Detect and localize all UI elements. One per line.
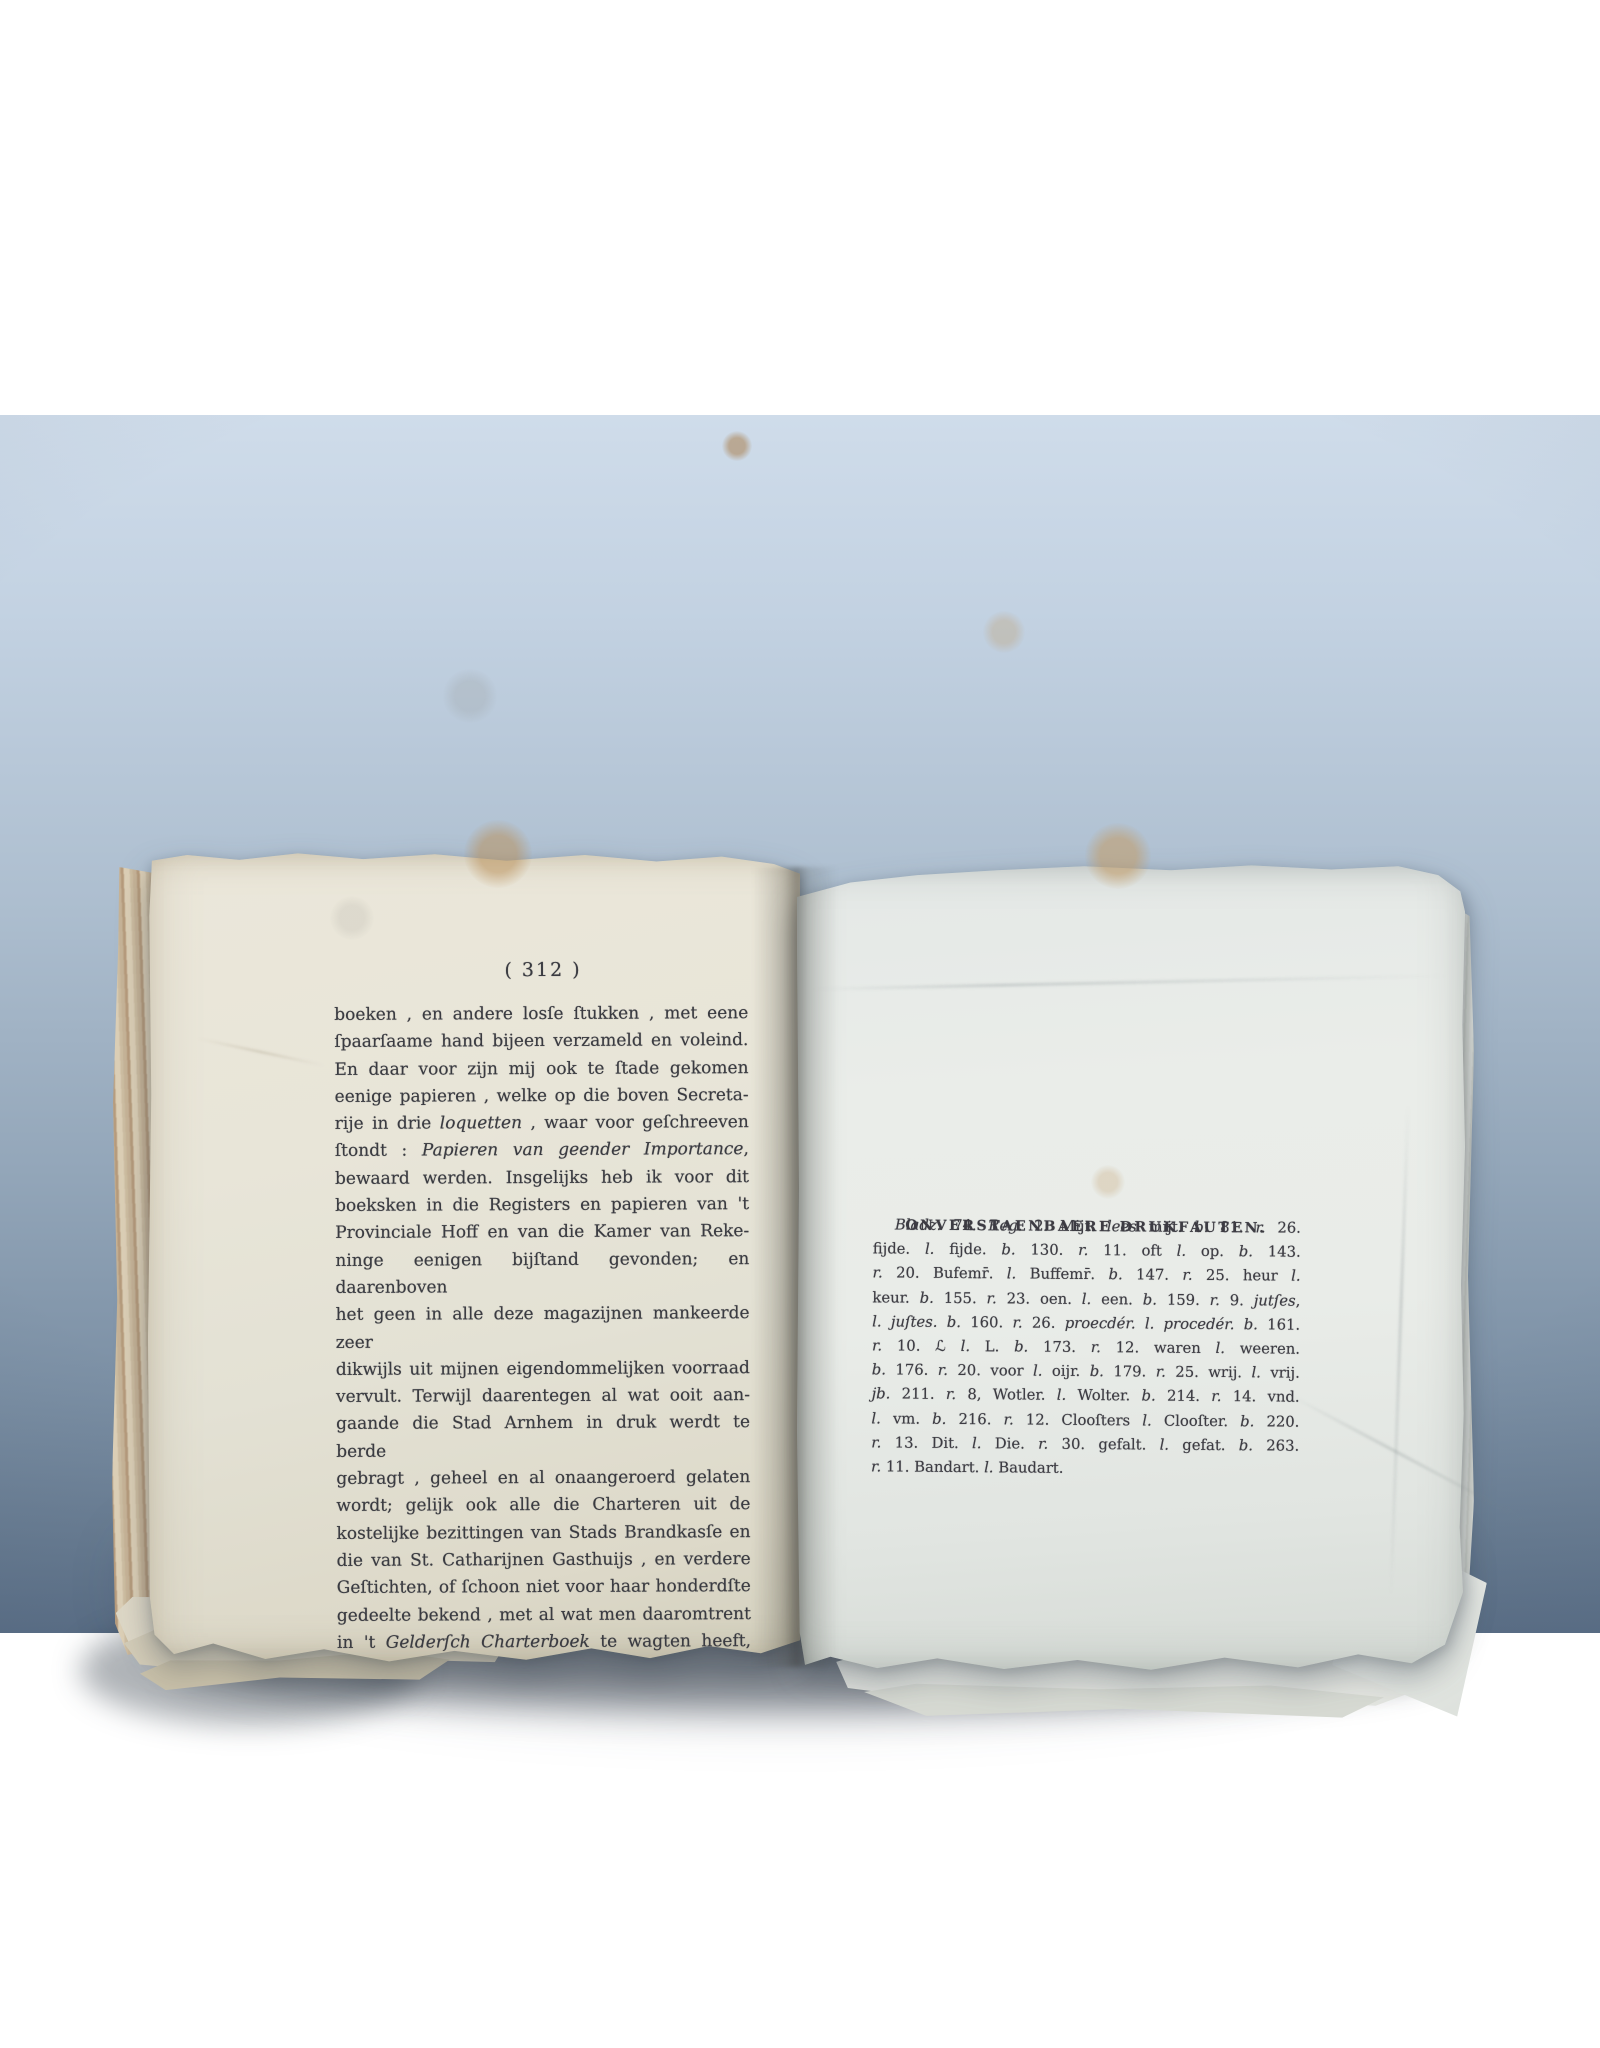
text-line: keur. b. 155. r. 23. oen. l. een. b. 159… [872, 1286, 1300, 1314]
section-rule-thin [500, 1748, 642, 1754]
text-line: haar geheel, en aan geen eenig lid vermi… [337, 1710, 751, 1739]
text-line: r. 11. Bandart. l. Baudart. [871, 1455, 1299, 1483]
text-line: gedeelte bekend , met al wat men daaromt… [337, 1601, 751, 1630]
text-line: het geen in alle deze magazijnen mankeer… [336, 1300, 750, 1356]
text-line: Provinciale Hoff en van die Kamer van Re… [335, 1218, 749, 1247]
section-rule [466, 1733, 650, 1743]
text-line: dikwijls uit mijnen eigendommelijken voo… [336, 1355, 750, 1384]
text-line: ſpaarſaame hand bijeen verzameld en vole… [334, 1027, 748, 1056]
text-line: bewaard werden. Insgelijks heb ik voor d… [335, 1164, 749, 1193]
text-line: eenige papieren , welke op die boven Sec… [335, 1082, 749, 1111]
text-line: kostelijke bezittingen van Stads Brandka… [336, 1519, 750, 1548]
text-line: in 't Gelderſch Charterboek te wagten he… [337, 1628, 751, 1657]
text-line: boeken , en andere losſe ſtukken , met e… [334, 1000, 748, 1029]
text-line: r. 10. ℒ l. L. b. 173. r. 12. waren l. w… [872, 1334, 1300, 1362]
text-line: l. vm. b. 216. r. 12. Clooſters l. Clooſ… [871, 1407, 1299, 1435]
photo-background: ( 312 ) boeken , en andere losſe ſtukken… [0, 415, 1600, 1633]
text-line: l. juſtes. b. 160. r. 26. proecdér. l. p… [872, 1310, 1300, 1338]
text-line: gebragt , geheel en al onaangeroerd gela… [336, 1464, 750, 1493]
right-page: ONVERSTAENBAERE DRUKFAUTEN. Bladz. 74. R… [797, 863, 1465, 1673]
page-number: ( 312 ) [336, 958, 750, 982]
text-line: b. 176. r. 20. voor l. oijr. b. 179. r. … [872, 1359, 1300, 1387]
text-line: ninge eenigen bijſtand gevonden; en daar… [335, 1246, 749, 1302]
right-page-text: Bladz. 74. Reg. 2. Mijt. lees mijt. b. 8… [871, 1213, 1301, 1483]
text-line: fijde. l. fijde. b. 130. r. 11. oft l. o… [873, 1238, 1301, 1266]
text-line: die van St. Catharijnen Gasthuijs , en v… [337, 1546, 751, 1575]
text-line: gaande die Stad Arnhem in druk werdt te … [336, 1410, 750, 1466]
text-line: r. 13. Dit. l. Die. r. 30. gefalt. l. ge… [871, 1431, 1299, 1459]
text-line: rije in drie loquetten , waar voor geſch… [335, 1109, 749, 1138]
text-line: En daar voor zijn mij ook te ſtade gekom… [334, 1055, 748, 1084]
text-line: r. 20. Bufemr̄. l. Buffemr̄. b. 147. r. … [872, 1262, 1300, 1290]
photo-canvas: { "colors": { "backdrop_top": "#cfdcea",… [0, 0, 1600, 2048]
text-line: ſtondt : Papieren van geender Importance… [335, 1137, 749, 1166]
right-page-wrap: ONVERSTAENBAERE DRUKFAUTEN. Bladz. 74. R… [797, 863, 1465, 1673]
text-line: geeven, den kundigen onvoldoende , en aa… [337, 1737, 751, 1793]
text-line: jb. 211. r. 8, Wotler. l. Wolter. b. 214… [872, 1383, 1300, 1411]
text-line: Geſtichten, of ſchoon niet voor haar hon… [337, 1573, 751, 1602]
left-page-wrap: ( 312 ) boeken , en andere losſe ſtukken… [148, 851, 800, 1663]
text-line: Bladz. 74. Reg. 2. Mijt. lees mijt. b. 8… [873, 1213, 1301, 1241]
text-line: wordt; gelijk ook alle die Charteren uit… [336, 1491, 750, 1520]
show-through-text: lw f [386, 1793, 477, 1812]
text-line: onkundigen tot dwaeling verſtrekken moet… [338, 1792, 752, 1821]
text-line: vervult. Terwijl daarentegen al wat ooit… [336, 1382, 750, 1411]
text-line: boeksken in die Registers en papieren va… [335, 1191, 749, 1220]
left-page: ( 312 ) boeken , en andere losſe ſtukken… [148, 851, 800, 1663]
show-through-text: onsellieno ce [340, 1720, 501, 1745]
